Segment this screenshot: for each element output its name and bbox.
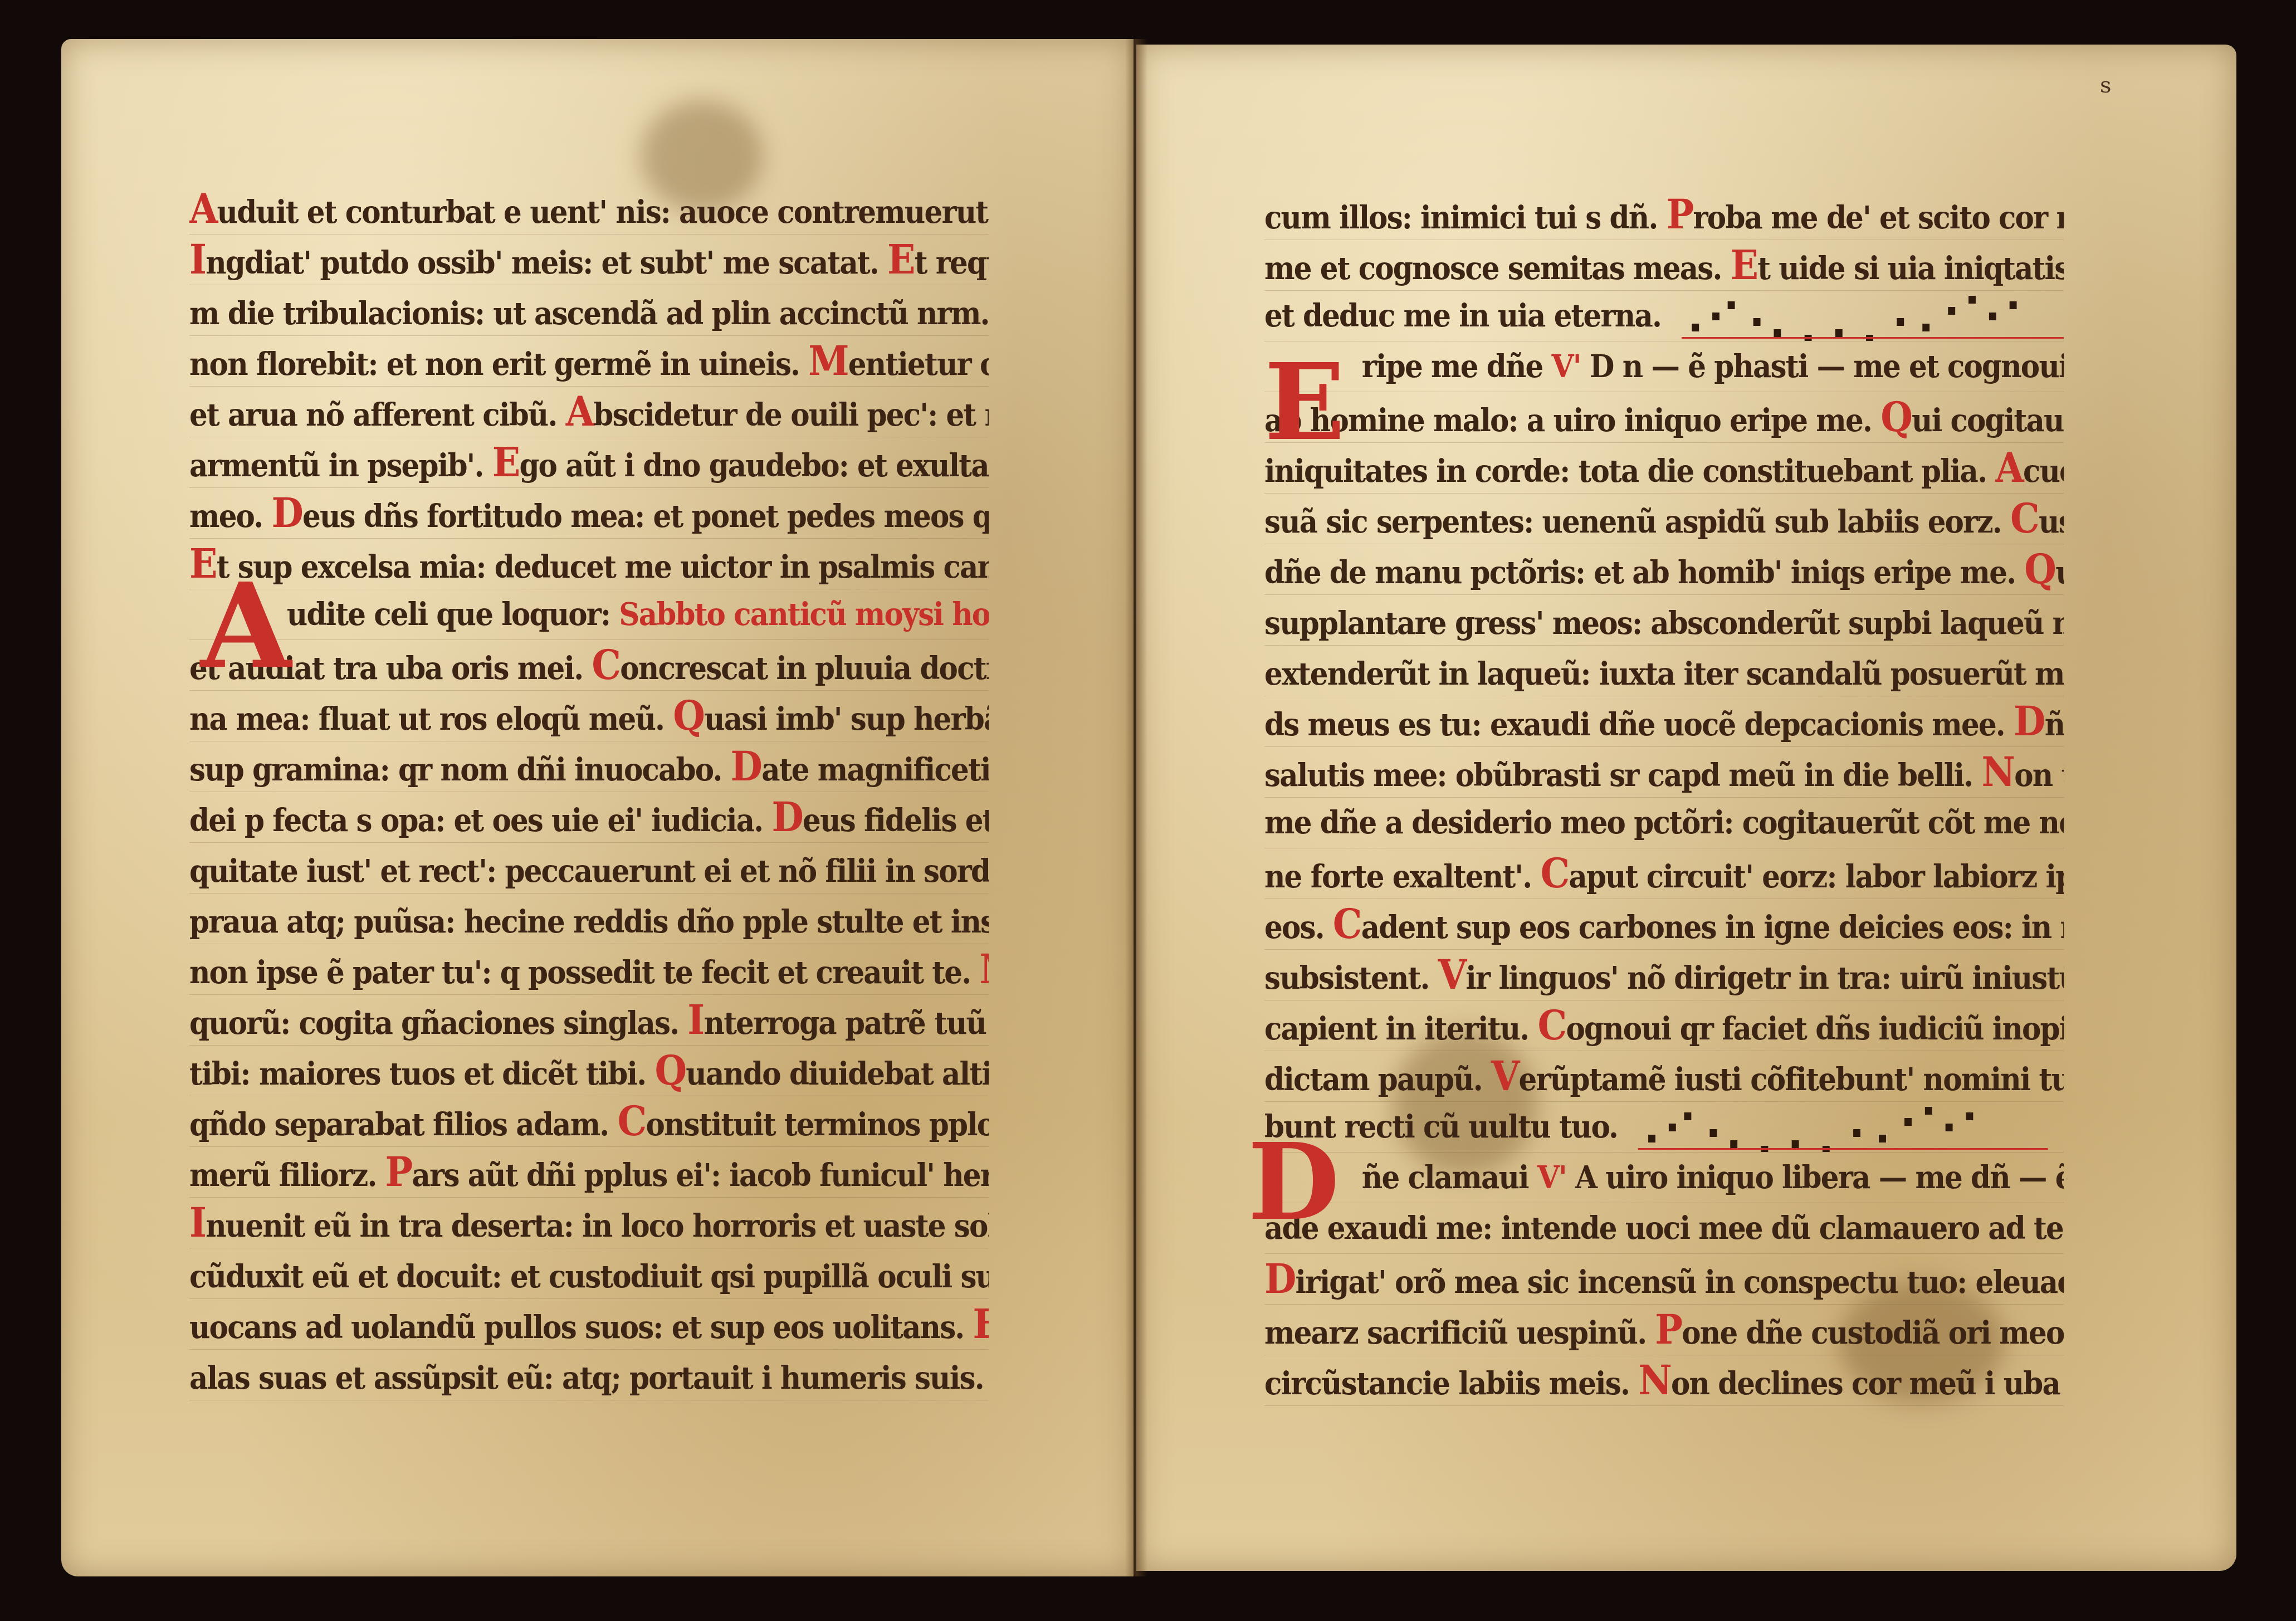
manuscript-line: me dñe a desiderio meo pctõri: cogitauer… bbox=[1264, 798, 2064, 848]
manuscript-line: cũduxit eũ et docuit: et custodiuit qsi … bbox=[189, 1248, 989, 1299]
manuscript-line: merũ filiorz. Pars aũt dñi pplus ei': ia… bbox=[189, 1147, 989, 1198]
line-text: dñe de manu pctõris: et ab homib' iniqs … bbox=[1264, 554, 2015, 591]
line-text: salutis mee: obũbrasti sr capd meũ in di… bbox=[1264, 757, 1972, 794]
line-text: on declines cor meũ i uba malicie bbox=[1671, 1365, 2064, 1402]
red-initial: I bbox=[189, 236, 206, 283]
rubric-text: Sabbto canticũ moysi hois dei. bbox=[619, 596, 989, 633]
manuscript-line: subsistent. Vir linguos' nõ dirigetr in … bbox=[1264, 950, 2064, 1000]
line-text: uasi imb' sup herbã: et qsi stille bbox=[704, 701, 989, 738]
red-initial: Q bbox=[673, 692, 704, 739]
line-text: roba me de' et scito cor meũ: itroga bbox=[1693, 199, 2064, 236]
line-text: praua atq; puũsa: hecine reddis dño pple… bbox=[189, 904, 989, 940]
music-neumes bbox=[1682, 296, 2064, 340]
red-initial: E bbox=[492, 438, 520, 486]
line-text: et deduc me in uia eterna. bbox=[1264, 297, 1661, 334]
line-text: on tradas bbox=[2014, 757, 2064, 794]
neume-note bbox=[1692, 324, 1699, 331]
line-text: one dñe custodiã ori meo: et ostium bbox=[1682, 1315, 2064, 1351]
line-text: eus dñs fortitudo mea: et ponet pedes me… bbox=[302, 498, 989, 535]
line-text: armentũ in psepib'. bbox=[189, 447, 483, 484]
neume-note bbox=[1922, 324, 1929, 331]
neume-note bbox=[2010, 301, 2017, 309]
manuscript-line: na mea: fluat ut ros eloqũ meũ. Quasi im… bbox=[189, 691, 989, 741]
manuscript-line: ab homine malo: a uiro iniquo eripe me. … bbox=[1264, 392, 2064, 443]
line-text: na mea: fluat ut ros eloqũ meũ. bbox=[189, 701, 664, 738]
red-staff-line bbox=[1682, 337, 2064, 339]
line-text: supplantare gress' meos: absconderũt sup… bbox=[1264, 605, 2064, 642]
neume-note bbox=[1925, 1107, 1932, 1115]
red-initial: C bbox=[2010, 495, 2039, 542]
manuscript-line: dñe de manu pctõris: et ab homib' iniqs … bbox=[1264, 544, 2064, 595]
red-initial: N bbox=[1638, 1356, 1671, 1404]
red-initial: C bbox=[1537, 1002, 1566, 1049]
line-text: cum illos: inimici tui s dñ. bbox=[1264, 199, 1657, 236]
line-text: oncrescat in pluuia doctri bbox=[620, 650, 989, 687]
red-initial: D bbox=[1264, 1255, 1296, 1302]
line-text: onstituit terminos pplorz: iuxta nu bbox=[646, 1106, 989, 1143]
red-initial: C bbox=[592, 641, 620, 689]
neume-note bbox=[1648, 1135, 1655, 1142]
neume-note bbox=[1853, 1129, 1860, 1137]
manuscript-line: quitate iust' et rect': peccauerunt ei e… bbox=[189, 843, 989, 893]
left-page-text-column: Auduit et conturbat e uent' nis: auoce c… bbox=[189, 184, 1058, 1400]
neume-note bbox=[1904, 1118, 1912, 1126]
manuscript-line: praua atq; puũsa: hecine reddis dño pple… bbox=[189, 893, 989, 944]
line-text: ir linguos' nõ dirigetr in tra: uirũ ini… bbox=[1465, 960, 2064, 997]
line-text: alas suas et assũpsit eũ: atq; portauit … bbox=[189, 1360, 984, 1397]
neume-note bbox=[1968, 296, 1976, 304]
red-initial: I bbox=[687, 996, 704, 1043]
line-text: nuenit eũ in tra deserta: in loco horror… bbox=[206, 1208, 989, 1244]
decorated-initial-a: A bbox=[201, 557, 291, 695]
neume-note bbox=[1946, 1124, 1953, 1131]
line-text: non florebit: et non erit germẽ in uinei… bbox=[189, 346, 799, 383]
line-text: ñe clamaui bbox=[1362, 1159, 1528, 1196]
line-text: ñe dñe uirt' bbox=[2045, 706, 2064, 743]
line-text: ui cogitauerũt bbox=[1912, 402, 2064, 439]
line-text: me et cognosce semitas meas. bbox=[1264, 250, 1721, 287]
manuscript-line: me et cognosce semitas meas. Et uide si … bbox=[1264, 240, 2064, 291]
manuscript-line: ñe clamaui V' A uiro iniquo libera — me … bbox=[1264, 1153, 2064, 1203]
manuscript-line: alas suas et assũpsit eũ: atq; portauit … bbox=[189, 1350, 989, 1400]
red-initial: E bbox=[887, 236, 915, 283]
line-text: quorũ: cogita gñaciones singlas. bbox=[189, 1005, 678, 1042]
manuscript-line: extenderũt in laqueũ: iuxta iter scandal… bbox=[1264, 646, 2064, 696]
line-text: ate magnificetiã deo nro: bbox=[761, 751, 989, 788]
manuscript-line: supplantare gress' meos: absconderũt sup… bbox=[1264, 595, 2064, 646]
manuscript-line: ade exaudi me: intende uoci mee dũ clama… bbox=[1264, 1203, 2064, 1254]
red-initial: A bbox=[189, 185, 217, 232]
red-initial: M bbox=[979, 945, 989, 993]
line-text: entietur op' olive: bbox=[848, 346, 989, 383]
chant-text: D n — ẽ phasti — me et cognouisti me. — … bbox=[1590, 348, 2064, 385]
neume-note bbox=[1989, 313, 1996, 320]
manuscript-line: ds meus es tu: exaudi dñe uocẽ depcacion… bbox=[1264, 696, 2064, 747]
manuscript-line: et arua nõ afferent cibũ. Abscidetur de … bbox=[189, 387, 989, 437]
line-text: suã sic serpentes: uenenũ aspidũ sub lab… bbox=[1264, 504, 2001, 540]
music-neumes bbox=[1638, 1107, 2048, 1151]
manuscript-line: mearz sacrificiũ uespinũ. Pone dñe custo… bbox=[1264, 1305, 2064, 1355]
line-text: ne forte exaltent'. bbox=[1264, 858, 1531, 895]
line-text: uando diuidebat altissimi' gẽtes: bbox=[686, 1056, 989, 1092]
red-initial: Q bbox=[1880, 393, 1912, 441]
manuscript-line: capient in iteritu. Cognoui qr faciet dñ… bbox=[1264, 1000, 2064, 1051]
gutter-fold bbox=[1125, 39, 1147, 1576]
red-initial: P bbox=[1655, 1306, 1682, 1353]
red-initial: M bbox=[808, 337, 848, 384]
neume-note bbox=[1774, 329, 1781, 337]
right-page-text-column: cum illos: inimici tui s dñ. Proba me de… bbox=[1264, 189, 2133, 1406]
line-text: ngdiat' putdo ossib' meis: et subt' me s… bbox=[206, 245, 878, 281]
red-initial: V bbox=[1438, 951, 1466, 998]
red-initial: A bbox=[1995, 444, 2023, 491]
manuscript-line: meo. Deus dñs fortitudo mea: et ponet pe… bbox=[189, 488, 989, 539]
line-text: eus fidelis et absq; ulla ĩ bbox=[803, 802, 989, 839]
red-initial: D bbox=[771, 793, 803, 841]
manuscript-line: iniquitates in corde: tota die constitue… bbox=[1264, 443, 2064, 494]
line-text: capient in iteritu. bbox=[1264, 1010, 1528, 1047]
line-text: adent sup eos carbones in igne deicies e… bbox=[1361, 909, 2064, 946]
neume-note bbox=[1948, 307, 1955, 315]
line-text: eos. bbox=[1264, 909, 1324, 946]
manuscript-line: non ipse ẽ pater tu': q possedit te feci… bbox=[189, 944, 989, 995]
manuscript-line: Et sup excelsa mia: deducet me uictor in… bbox=[189, 539, 989, 589]
line-text: quitate iust' et rect': peccauerunt ei e… bbox=[189, 853, 989, 890]
manuscript-line: qñdo separabat filios adam. Constituit t… bbox=[189, 1096, 989, 1147]
red-initial: D bbox=[271, 489, 302, 536]
line-text: dictam paupũ. bbox=[1264, 1061, 1482, 1098]
neume-note bbox=[1753, 318, 1761, 326]
manuscript-line: Inuenit eũ in tra deserta: in loco horro… bbox=[189, 1198, 989, 1248]
line-text: ds meus es tu: exaudi dñe uocẽ depcacion… bbox=[1264, 706, 2005, 743]
red-initial: A bbox=[566, 388, 594, 435]
red-initial: E bbox=[973, 1300, 989, 1347]
line-text: aput circuit' eorz: labor labiorz ipsorz… bbox=[1569, 858, 2064, 895]
manuscript-line: sup gramina: qr nom dñi inuocabo. Date m… bbox=[189, 741, 989, 792]
manuscript-line: armentũ in psepib'. Ego aũt i dno gaudeb… bbox=[189, 437, 989, 488]
line-text: ars aũt dñi pplus ei': iacob funicul' he… bbox=[412, 1157, 989, 1194]
neume-note bbox=[1684, 1112, 1692, 1120]
line-text: meo. bbox=[189, 498, 262, 535]
neume-note bbox=[1728, 301, 1735, 309]
manuscript-line: ne forte exaltent'. Caput circuit' eorz:… bbox=[1264, 848, 2064, 899]
manuscript-line: non florebit: et non erit germẽ in uinei… bbox=[189, 336, 989, 387]
line-text: mearz sacrificiũ uespinũ. bbox=[1264, 1315, 1646, 1351]
line-text: ade exaudi me: intende uoci mee dũ clama… bbox=[1264, 1210, 2064, 1247]
red-initial: V bbox=[1491, 1052, 1519, 1100]
line-text: extenderũt in laqueũ: iuxta iter scandal… bbox=[1264, 656, 2064, 692]
decorated-initial-d: D bbox=[1248, 1120, 1340, 1244]
line-text: ripe me dñe bbox=[1362, 348, 1543, 385]
red-initial: C bbox=[1333, 900, 1361, 948]
chant-text: A uiro iniquo libera — me dñ — ẽ. S. Re.… bbox=[1575, 1159, 2064, 1196]
line-text: circũstancie labiis meis. bbox=[1264, 1365, 1629, 1402]
line-text: non ipse ẽ pater tu': q possedit te feci… bbox=[189, 954, 970, 991]
manuscript-line: eos. Cadent sup eos carbones in igne dei… bbox=[1264, 899, 2064, 950]
line-text: uduit et conturbat e uent' nis: auoce co… bbox=[217, 194, 989, 231]
line-text: ui cogitauerũt bbox=[2055, 554, 2064, 591]
red-initial: Q bbox=[2024, 545, 2055, 593]
manuscript-line: et audiat tra uba oris mei. Concrescat i… bbox=[189, 640, 989, 691]
line-text: et arua nõ afferent cibũ. bbox=[189, 397, 557, 433]
neume-note bbox=[1835, 329, 1843, 337]
manuscript-line: Ingdiat' putdo ossib' meis: et subt' me … bbox=[189, 235, 989, 285]
folio-mark: s bbox=[2100, 72, 2112, 98]
manuscript-line: cum illos: inimici tui s dñ. Proba me de… bbox=[1264, 189, 2064, 240]
line-text: udite celi que loquor: bbox=[287, 596, 610, 633]
manuscript-line: udite celi que loquor: Sabbto canticũ mo… bbox=[189, 589, 989, 640]
line-text: t sup excelsa mia: deducet me uictor in … bbox=[217, 549, 989, 585]
decorated-initial-e: E bbox=[1264, 340, 1345, 464]
neume-note bbox=[1879, 1135, 1886, 1142]
line-text: tibi: maiores tuos et dicẽt tibi. bbox=[189, 1056, 646, 1092]
manuscript-line: suã sic serpentes: uenenũ aspidũ sub lab… bbox=[1264, 494, 2064, 544]
manuscript-line: ripe me dñe V' D n — ẽ phasti — me et co… bbox=[1264, 341, 2064, 392]
red-initial: N bbox=[1981, 748, 2014, 795]
line-text: nterroga patrẽ tuũ et annũciabi bbox=[704, 1005, 989, 1042]
line-text: t requesca bbox=[915, 245, 989, 281]
line-text: t uide si uia iniqtatis i me est: bbox=[1757, 250, 2064, 287]
manuscript-line: Dirigat' orõ mea sic incensũ in conspect… bbox=[1264, 1254, 2064, 1305]
line-text: qñdo separabat filios adam. bbox=[189, 1106, 608, 1143]
line-text: dei p fecta s opa: et oes uie ei' iudici… bbox=[189, 802, 763, 839]
line-text: merũ filiorz. bbox=[189, 1157, 376, 1194]
neume-note bbox=[1966, 1112, 1973, 1120]
red-initial: E bbox=[1731, 241, 1758, 289]
manuscript-line: salutis mee: obũbrasti sr capd meũ in di… bbox=[1264, 747, 2064, 798]
manuscript-line: tibi: maiores tuos et dicẽt tibi. Quando… bbox=[189, 1046, 989, 1096]
manuscript-line: et deduc me in uia eterna. bbox=[1264, 291, 2064, 341]
line-text: ab homine malo: a uiro iniquo eripe me. bbox=[1264, 402, 1872, 439]
red-initial: P bbox=[385, 1148, 412, 1195]
neume-note bbox=[1792, 1140, 1799, 1148]
red-initial: C bbox=[1540, 849, 1569, 897]
red-initial: D bbox=[2014, 697, 2045, 745]
line-text: sup gramina: qr nom dñi inuocabo. bbox=[189, 751, 722, 788]
red-initial: Q bbox=[654, 1047, 686, 1094]
red-initial: P bbox=[1667, 191, 1693, 238]
manuscript-line: uocans ad uolandũ pullos suos: et sup eo… bbox=[189, 1299, 989, 1350]
line-text: ustodi me bbox=[2039, 504, 2064, 540]
line-text: ognoui qr faciet dñs iudiciũ inopis: et … bbox=[1566, 1010, 2064, 1047]
manuscript-line: m die tribulacionis: ut ascendã ad plin … bbox=[189, 285, 989, 336]
line-text: iniquitates in corde: tota die constitue… bbox=[1264, 453, 1986, 490]
manuscript-line: quorũ: cogita gñaciones singlas. Interro… bbox=[189, 995, 989, 1046]
neume-note bbox=[1897, 318, 1904, 326]
line-text: me dñe a desiderio meo pctõri: cogitauer… bbox=[1264, 804, 2064, 841]
neume-note bbox=[1710, 1129, 1717, 1137]
line-text: bscidetur de ouili pec': et non erit bbox=[593, 397, 989, 433]
line-text: subsistent. bbox=[1264, 960, 1429, 997]
rubric-versicle-mark: V' bbox=[1537, 1159, 1566, 1196]
neume-note bbox=[1731, 1140, 1738, 1148]
red-initial: D bbox=[731, 743, 762, 790]
manuscript-line: dei p fecta s opa: et oes uie ei' iudici… bbox=[189, 792, 989, 843]
neume-note bbox=[1712, 313, 1719, 320]
line-text: m die tribulacionis: ut ascendã ad plin … bbox=[189, 295, 989, 332]
line-text: uocans ad uolandũ pullos suos: et sup eo… bbox=[189, 1309, 964, 1346]
neume-note bbox=[1669, 1124, 1676, 1131]
line-text: cũduxit eũ et docuit: et custodiuit qsi … bbox=[189, 1258, 989, 1295]
line-text: erũptamẽ iusti cõfitebunt' nomini tuo: e… bbox=[1519, 1061, 2064, 1098]
rubric-versicle-mark: V' bbox=[1552, 348, 1581, 385]
line-text: cuerũt lingua bbox=[2023, 453, 2064, 490]
manuscript-line: Auduit et conturbat e uent' nis: auoce c… bbox=[189, 184, 989, 235]
line-text: go aũt i dno gaudebo: et exultabo i dõ i… bbox=[519, 447, 989, 484]
line-text: irigat' orõ mea sic incensũ in conspectu… bbox=[1296, 1264, 2064, 1301]
red-staff-line bbox=[1638, 1148, 2048, 1150]
manuscript-line: dictam paupũ. Verũptamẽ iusti cõfitebunt… bbox=[1264, 1051, 2064, 1102]
red-initial: C bbox=[618, 1097, 646, 1145]
manuscript-line: bunt recti cũ uultu tuo. bbox=[1264, 1102, 2064, 1153]
manuscript-line: circũstancie labiis meis. Non declines c… bbox=[1264, 1355, 2064, 1406]
red-initial: I bbox=[189, 1199, 206, 1246]
